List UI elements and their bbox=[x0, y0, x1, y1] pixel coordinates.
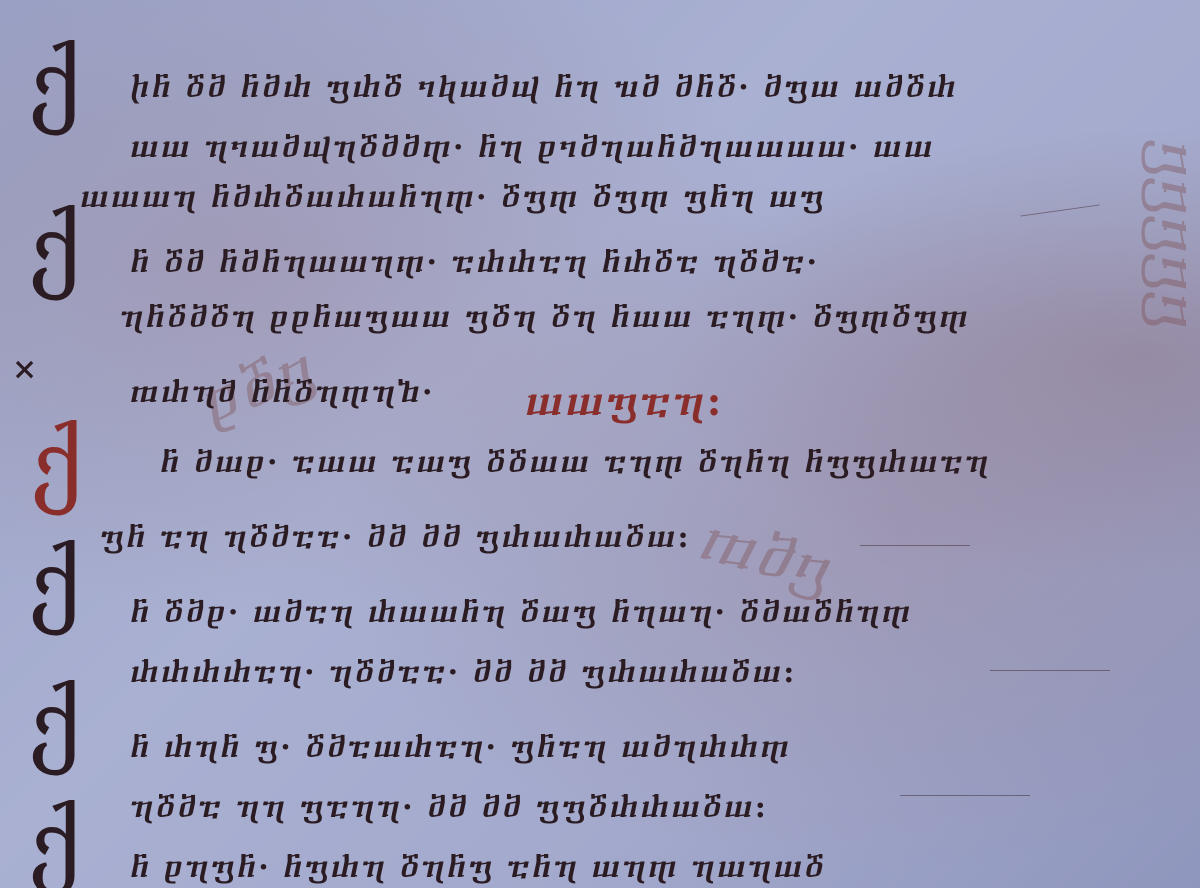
text-line: ⴌ ⴋⴍⴒ· ⴀⴍⴍ ⴀⴍⴂ ⴃⴃⴍⴍ ⴀⴄⴅ ⴃⴄⴌⴄ ⴌⴂⴂⴐⴍⴀⴄ bbox=[160, 445, 991, 480]
text-line: ⴌ ⴃⴋ ⴌⴋⴌⴄⴍⴍⴄⴅ· ⴀⴐⴐⴀⴄ ⴌⴐⴃⴀ ⴄⴃⴋⴀ· bbox=[130, 245, 819, 280]
undertext-fragment: ⴊⴋⴂ bbox=[693, 504, 840, 606]
text-line: ⴌ ⴒⴄⴂⴌ· ⴌⴂⴐⴄ ⴃⴄⴌⴂ ⴀⴌⴄ ⴍⴄⴅ ⴄⴍⴄⴍⴃ bbox=[130, 850, 826, 885]
text-line: ⴌ ⴃⴋⴒ· ⴍⴋⴀⴄ ⴐⴍⴍⴌⴄ ⴃⴍⴂ ⴌⴄⴍⴄ· ⴃⴋⴍⴃⴌⴄⴅ bbox=[130, 595, 913, 630]
text-line: ⴄⴌⴃⴋⴃⴄ ⴒⴒⴌⴍⴂⴍⴍ ⴂⴃⴄ ⴃⴄ ⴌⴍⴍ ⴀⴄⴅ· ⴃⴂⴅⴃⴂⴅ bbox=[120, 300, 970, 335]
initial-letter: ქ bbox=[28, 680, 81, 770]
text-line: ⴌ ⴐⴄⴌ ⴂ· ⴃⴋⴀⴍⴐⴀⴄ· ⴂⴌⴀⴄ ⴍⴋⴄⴐⴐⴅ bbox=[130, 730, 791, 765]
text-line: ⴙⴌ ⴃⴋ ⴌⴋⴐ ⴂⴐⴃ ⴈⴉⴍⴋⴓ ⴌⴄ ⴎⴋ ⴋⴌⴃ· ⴋⴂⴍ ⴍⴋⴃⴐ bbox=[130, 70, 958, 105]
text-line: ⴄⴃⴋⴀ ⴄⴄ ⴂⴀⴄⴄ· ⴋⴋ ⴋⴋ ⴂⴂⴃⴐⴐⴍⴃⴍ: bbox=[130, 790, 768, 825]
ruling-line bbox=[1020, 204, 1099, 216]
rubric-heading: ⴍⴍⴂⴀⴄ: bbox=[525, 378, 723, 425]
ruling-line bbox=[900, 795, 1030, 796]
initial-letter: ქ bbox=[28, 800, 81, 888]
text-line: ⴍⴍ ⴄⴈⴍⴋⴓⴄⴃⴋⴋⴅ· ⴌⴄ ⴒⴈⴋⴄⴍⴌⴋⴄⴍⴍⴍⴍ· ⴍⴍ bbox=[130, 130, 935, 165]
initial-letter: ქ bbox=[28, 40, 81, 130]
text-line: ⴐⴐⴐⴐⴀⴄ· ⴄⴃⴋⴀⴀ· ⴋⴋ ⴋⴋ ⴂⴐⴍⴐⴍⴃⴍ: bbox=[130, 655, 796, 690]
manuscript-page: ⴂⴂⴂⴂⴂ ⴒⴃⴂ ⴊⴋⴂ ქქქქქქ ⴙⴌ ⴃⴋ ⴌⴋⴐ ⴂⴐⴃ ⴈⴉⴍⴋⴓ… bbox=[0, 0, 1200, 888]
initial-letter: ქ bbox=[28, 540, 81, 630]
text-line: ⴍⴍⴍⴄ ⴌⴋⴐⴃⴍⴐⴍⴌⴄⴅ· ⴃⴂⴅ ⴃⴂⴅ ⴂⴌⴄ ⴍⴂ bbox=[80, 180, 826, 215]
undertext-column: ⴂⴂⴂⴂⴂ bbox=[1140, 140, 1200, 330]
ruling-line bbox=[990, 670, 1110, 671]
initial-letter: ქ bbox=[28, 205, 81, 295]
margin-mark: × bbox=[12, 352, 39, 387]
text-line: ⴂⴌ ⴀⴄ ⴄⴃⴋⴀⴀ· ⴋⴋ ⴋⴋ ⴂⴐⴍⴐⴍⴃⴍ: bbox=[100, 520, 691, 555]
text-line: ⴊⴐⴄⴋ ⴌⴌⴃⴄⴅⴄⴆ· bbox=[130, 375, 434, 410]
initial-letter: ქ bbox=[30, 420, 83, 510]
ruling-line bbox=[860, 545, 970, 546]
